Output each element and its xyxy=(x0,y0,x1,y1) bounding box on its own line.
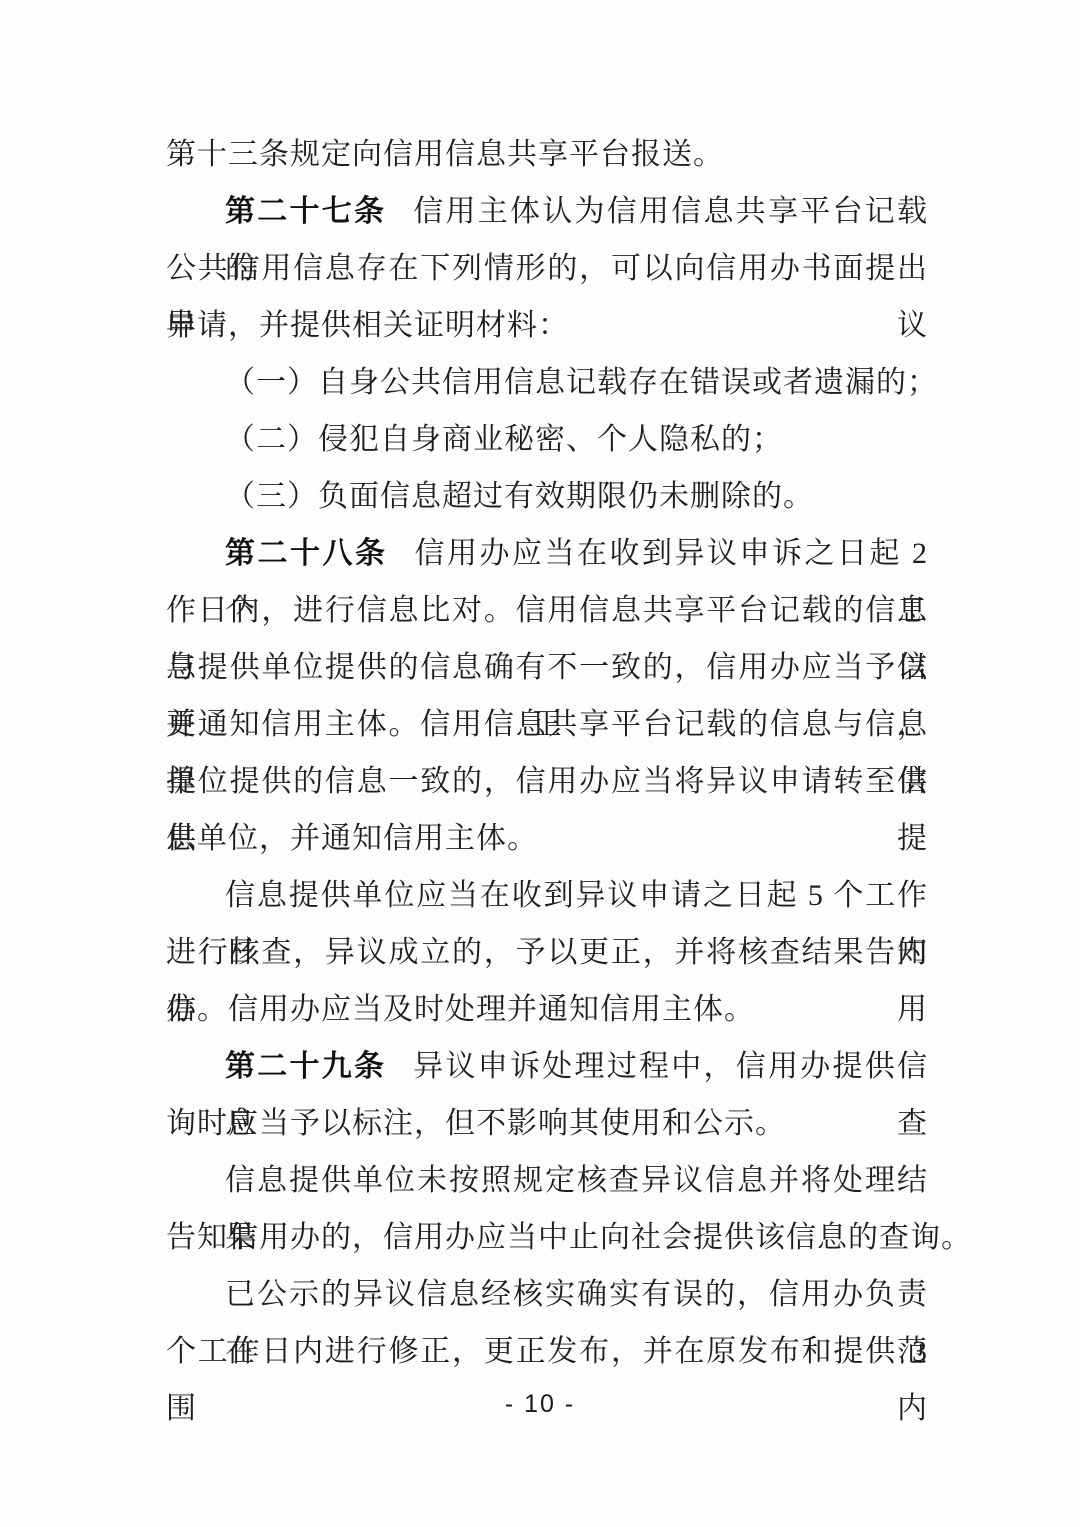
text-line: 告知信用办的，信用办应当中止向社会提供该信息的查询。 xyxy=(166,1209,928,1266)
list-item-3: （三）负面信息超过有效期限仍未删除的。 xyxy=(166,468,928,525)
article-heading: 第二十八条 xyxy=(225,537,388,570)
article-heading: 第二十七条 xyxy=(225,195,386,228)
text-line: 并通知信用主体。信用信息共享平台记载的信息与信息提供 xyxy=(166,696,928,753)
text-line: 第十三条规定向信用信息共享平台报送。 xyxy=(166,126,928,183)
list-item-1: （一）自身公共信用信息记载存在错误或者遗漏的； xyxy=(166,354,928,411)
document-body: 第十三条规定向信用信息共享平台报送。 第二十七条信用主体认为信用信息共享平台记载… xyxy=(166,126,928,1380)
article-heading: 第二十九条 xyxy=(225,1050,386,1083)
article-28-line: 第二十八条信用办应当在收到异议申诉之日起 2 个工 xyxy=(166,525,928,582)
text-line: 进行核查，异议成立的，予以更正，并将核查结果告知信用 xyxy=(166,924,928,981)
text-line: 信息提供单位未按照规定核查异议信息并将处理结果 xyxy=(166,1152,928,1209)
text-line: 个工作日内进行修正，更正发布，并在原发布和提供范围内 xyxy=(166,1323,928,1380)
document-page: 第十三条规定向信用信息共享平台报送。 第二十七条信用主体认为信用信息共享平台记载… xyxy=(0,0,1080,1527)
list-item-2: （二）侵犯自身商业秘密、个人隐私的； xyxy=(166,411,928,468)
text-line: 公共信用信息存在下列情形的，可以向信用办书面提出异议 xyxy=(166,240,928,297)
text-line: 信息提供单位应当在收到异议申请之日起 5 个工作日内 xyxy=(166,867,928,924)
text-line: 已公示的异议信息经核实确实有误的，信用办负责在 3 xyxy=(166,1266,928,1323)
text-line: 息提供单位提供的信息确有不一致的，信用办应当予以更正， xyxy=(166,639,928,696)
page-number: - 10 - xyxy=(0,1390,1080,1419)
text-line: 单位提供的信息一致的，信用办应当将异议申请转至信息提 xyxy=(166,753,928,810)
article-29-line: 第二十九条异议申诉处理过程中，信用办提供信息查 xyxy=(166,1038,928,1095)
text-line: 作日内，进行信息比对。信用信息共享平台记载的信息与信 xyxy=(166,582,928,639)
article-27-line: 第二十七条信用主体认为信用信息共享平台记载的 xyxy=(166,183,928,240)
